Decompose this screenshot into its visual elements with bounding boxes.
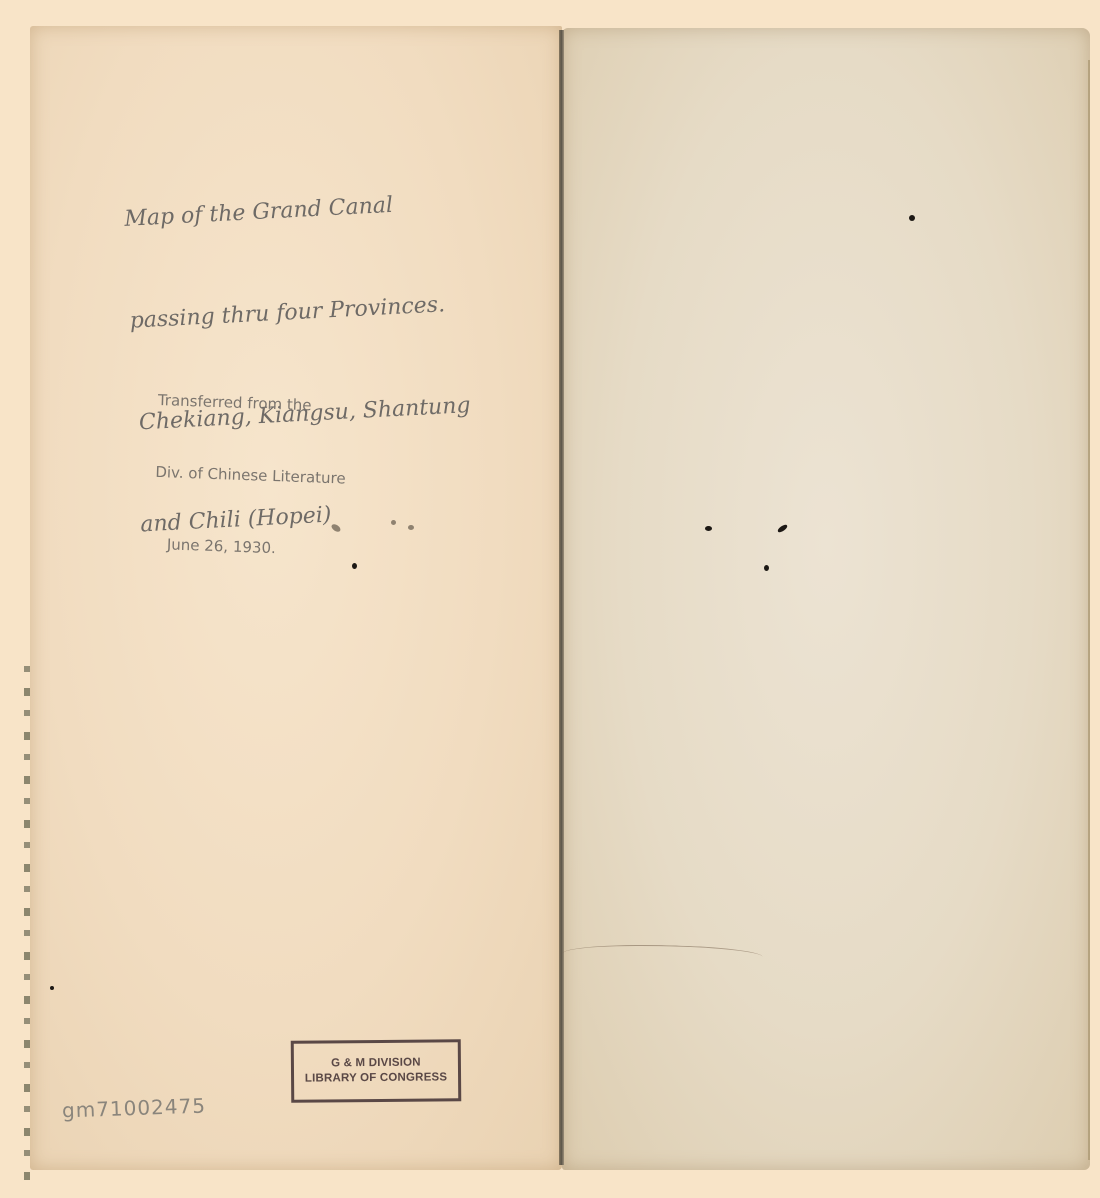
right-panel-edge xyxy=(1088,60,1090,1160)
stamp-line-1: G & M DIVISION xyxy=(331,1056,421,1072)
pin-hole-dot xyxy=(764,565,769,571)
library-stamp: G & M DIVISION LIBRARY OF CONGRESS xyxy=(291,1039,462,1102)
handwritten-transfer-note: Transferred from the Div. of Chinese Lit… xyxy=(152,340,351,586)
transfer-line-1: Transferred from the xyxy=(157,388,348,419)
transfer-line-3: June 26, 1930. xyxy=(166,532,343,562)
stamp-line-2: LIBRARY OF CONGRESS xyxy=(305,1070,448,1086)
stain-dot xyxy=(408,525,414,530)
pin-hole-dot xyxy=(50,986,54,990)
pin-hole-dot xyxy=(909,215,915,221)
transfer-line-2: Div. of Chinese Literature xyxy=(155,460,346,491)
title-line-2: passing thru four Provinces. xyxy=(129,287,466,339)
title-line-1: Map of the Grand Canal xyxy=(124,185,461,237)
stain-dot xyxy=(391,520,396,525)
paper-tear-mark xyxy=(561,942,762,990)
pin-hole-dot xyxy=(352,563,357,569)
pin-hole-dot xyxy=(705,526,712,531)
center-fold-line xyxy=(559,30,564,1165)
right-paper-panel xyxy=(562,28,1090,1170)
call-number: gm71002475 xyxy=(62,1093,207,1122)
